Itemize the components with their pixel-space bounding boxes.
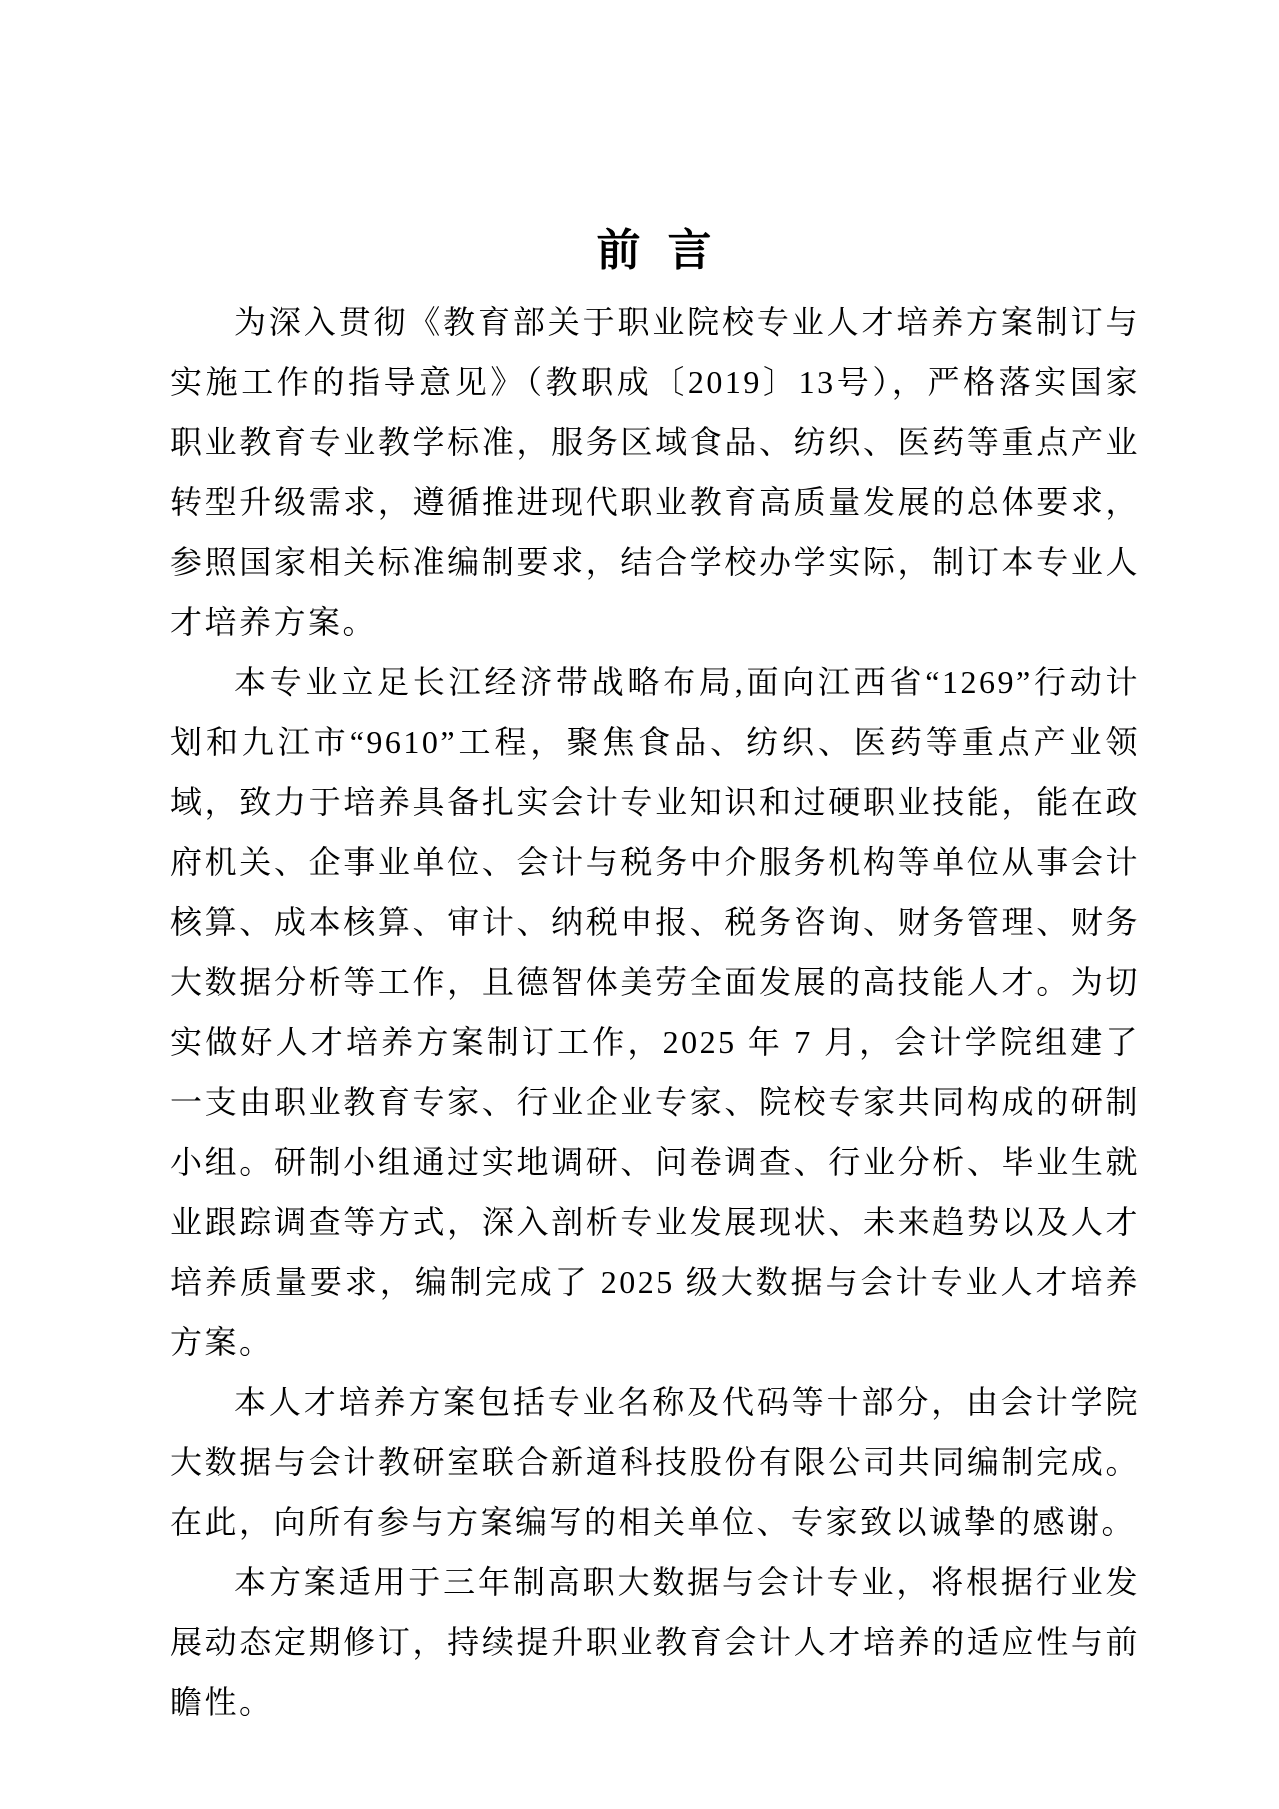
page-title: 前 言 [170,224,1140,278]
preface-paragraph-2: 本专业立足长江经济带战略布局,面向江西省“1269”行动计划和九江市“9610”… [170,652,1140,1372]
preface-paragraph-4: 本方案适用于三年制高职大数据与会计专业，将根据行业发展动态定期修订，持续提升职业… [170,1552,1140,1732]
document-body: 为深入贯彻《教育部关于职业院校专业人才培养方案制订与实施工作的指导意见》（教职成… [170,292,1140,1732]
preface-paragraph-3: 本人才培养方案包括专业名称及代码等十部分，由会计学院大数据与会计教研室联合新道科… [170,1372,1140,1552]
preface-paragraph-1: 为深入贯彻《教育部关于职业院校专业人才培养方案制订与实施工作的指导意见》（教职成… [170,292,1140,652]
document-page: 前 言 为深入贯彻《教育部关于职业院校专业人才培养方案制订与实施工作的指导意见》… [0,0,1279,1809]
